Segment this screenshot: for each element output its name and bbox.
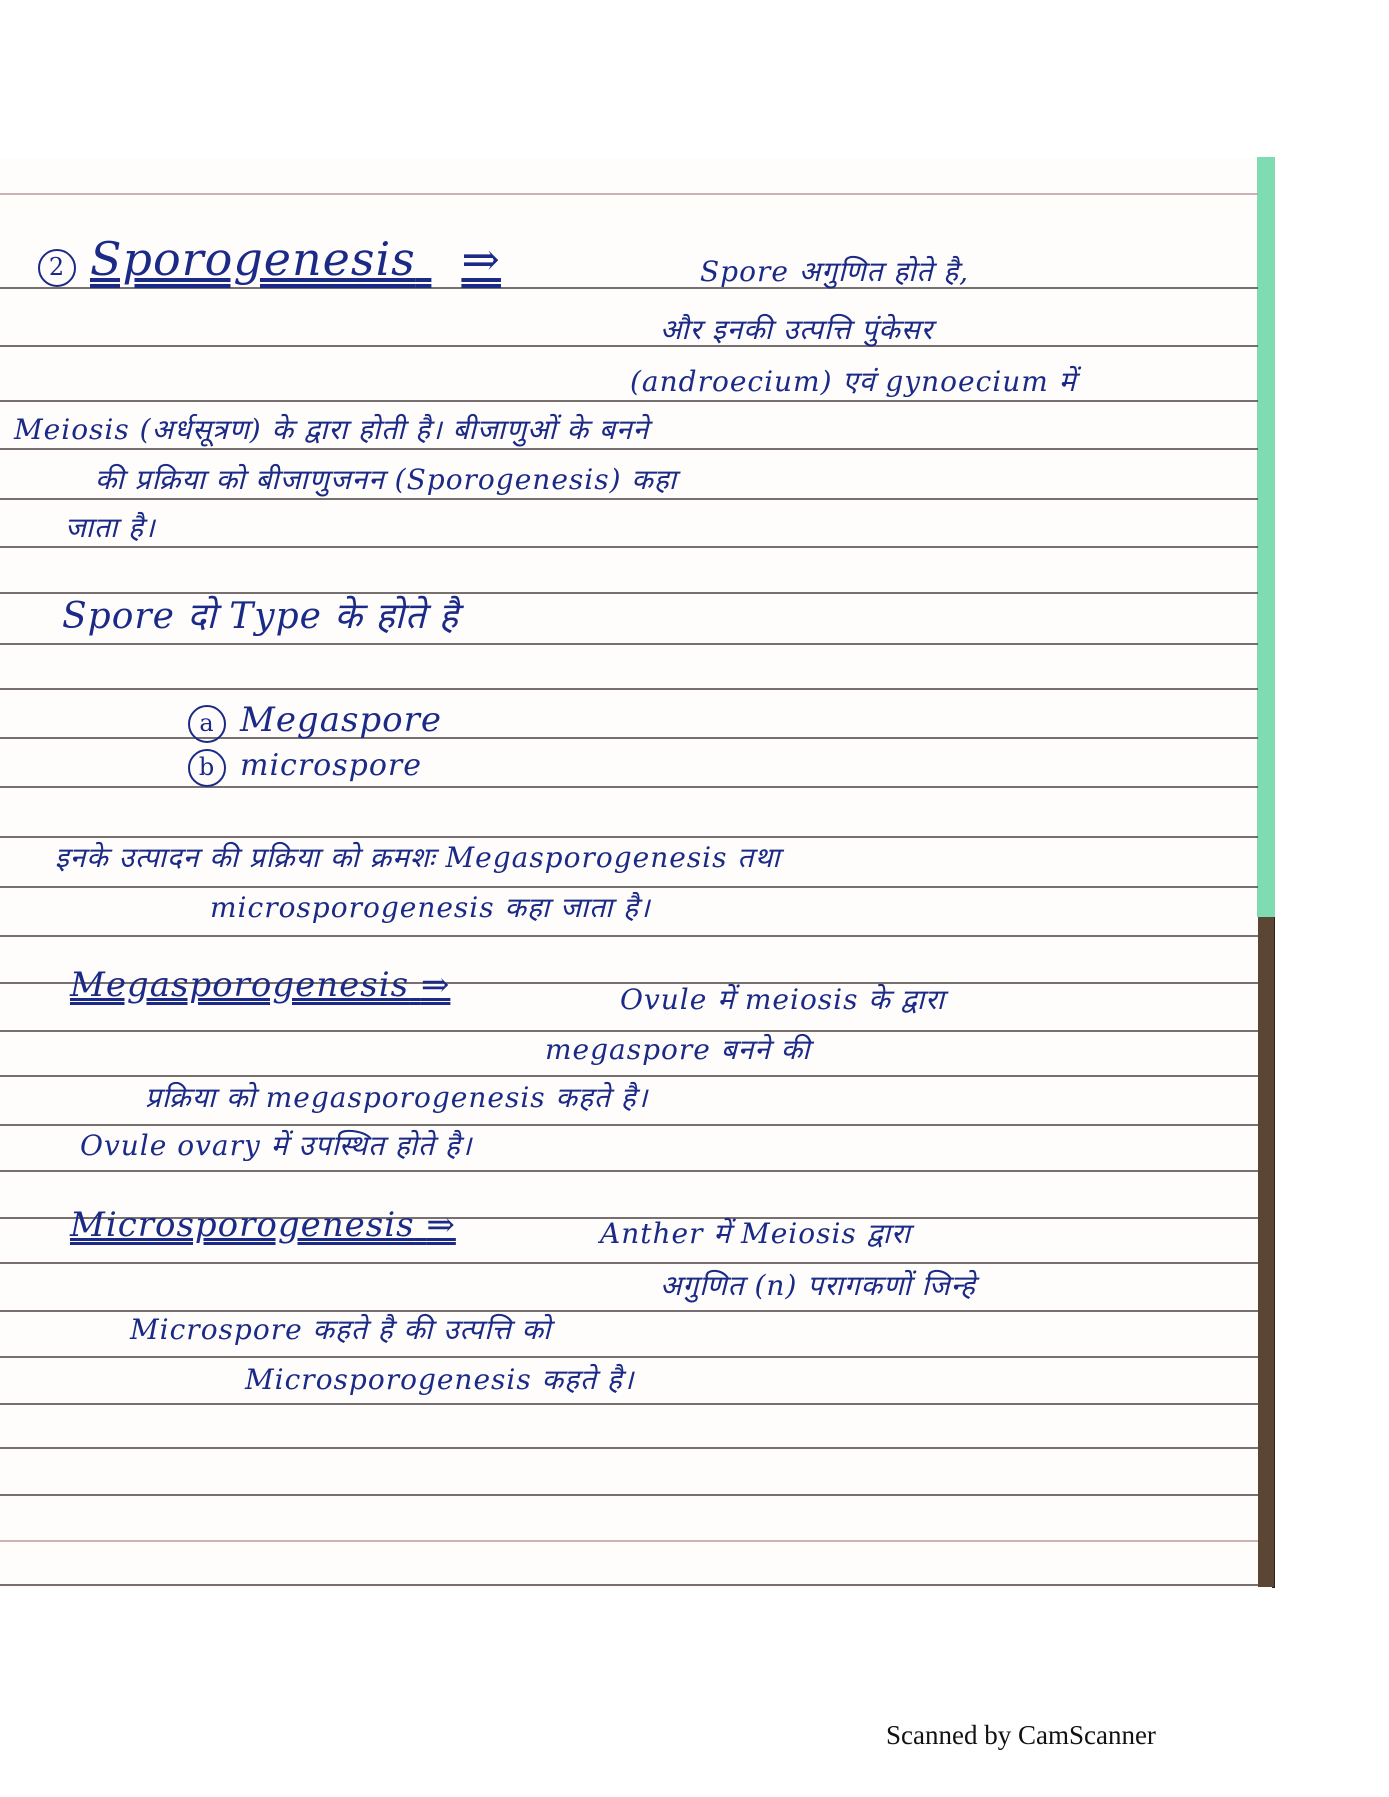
microsporogenesis-line: Microspore कहते है की उत्पत्ति को bbox=[130, 1310, 551, 1348]
type-item: bmicrospore bbox=[188, 748, 422, 787]
section-title: 2Sporogenesis ⇒ bbox=[38, 232, 501, 287]
megasporogenesis-line: प्रक्रिया को megasporogenesis कहते है। bbox=[145, 1078, 648, 1116]
megasporogenesis-line: Ovule ovary में उपस्थित होते है। bbox=[80, 1126, 472, 1164]
microsporogenesis-line: Anther में Meiosis द्वारा bbox=[600, 1214, 911, 1252]
type-marker: b bbox=[188, 749, 226, 787]
intro-line: की प्रक्रिया को बीजाणुजनन (Sporogenesis)… bbox=[95, 460, 677, 498]
intro-line: Meiosis (अर्धसूत्रण) के द्वारा होती है। … bbox=[14, 410, 649, 448]
arrow-icon: ⇒ bbox=[461, 232, 501, 286]
megasporogenesis-heading-text: Megasporogenesis bbox=[70, 965, 409, 1005]
section-title-text: Sporogenesis bbox=[90, 232, 416, 286]
type-label: microspore bbox=[240, 748, 422, 783]
megasporogenesis-heading: Megasporogenesis ⇒ bbox=[70, 965, 450, 1005]
intro-line: (androecium) एवं gynoecium में bbox=[630, 362, 1076, 400]
microsporogenesis-heading-text: Microsporogenesis bbox=[70, 1205, 415, 1245]
intro-line: जाता है। bbox=[65, 508, 156, 546]
types-heading: Spore दो Type के होते है bbox=[62, 590, 459, 639]
section-number: 2 bbox=[38, 249, 76, 287]
process-line: microsporogenesis कहा जाता है। bbox=[210, 888, 651, 926]
type-marker: a bbox=[188, 705, 226, 743]
notebook-cover-edge bbox=[1257, 157, 1275, 917]
type-label: Megaspore bbox=[240, 700, 442, 740]
microsporogenesis-line: अगुणित (n) परागकणों जिन्हे bbox=[660, 1266, 976, 1304]
megasporogenesis-line: megaspore बनने की bbox=[545, 1030, 810, 1068]
microsporogenesis-line: Microsporogenesis कहते है। bbox=[245, 1360, 634, 1398]
process-line: इनके उत्पादन की प्रक्रिया को क्रमशः Mega… bbox=[55, 838, 781, 876]
intro-line: Spore अगुणित होते है, bbox=[700, 252, 969, 290]
microsporogenesis-heading: Microsporogenesis ⇒ bbox=[70, 1205, 456, 1245]
megasporogenesis-line: Ovule में meiosis के द्वारा bbox=[620, 980, 945, 1018]
notebook-shadow-edge bbox=[1258, 917, 1274, 1587]
scanner-watermark: Scanned by CamScanner bbox=[886, 1720, 1156, 1751]
intro-line: और इनकी उत्पत्ति पुंकेसर bbox=[660, 310, 933, 348]
arrow-icon: ⇒ bbox=[421, 965, 451, 1005]
arrow-icon: ⇒ bbox=[426, 1205, 456, 1245]
type-item: aMegaspore bbox=[188, 700, 442, 743]
